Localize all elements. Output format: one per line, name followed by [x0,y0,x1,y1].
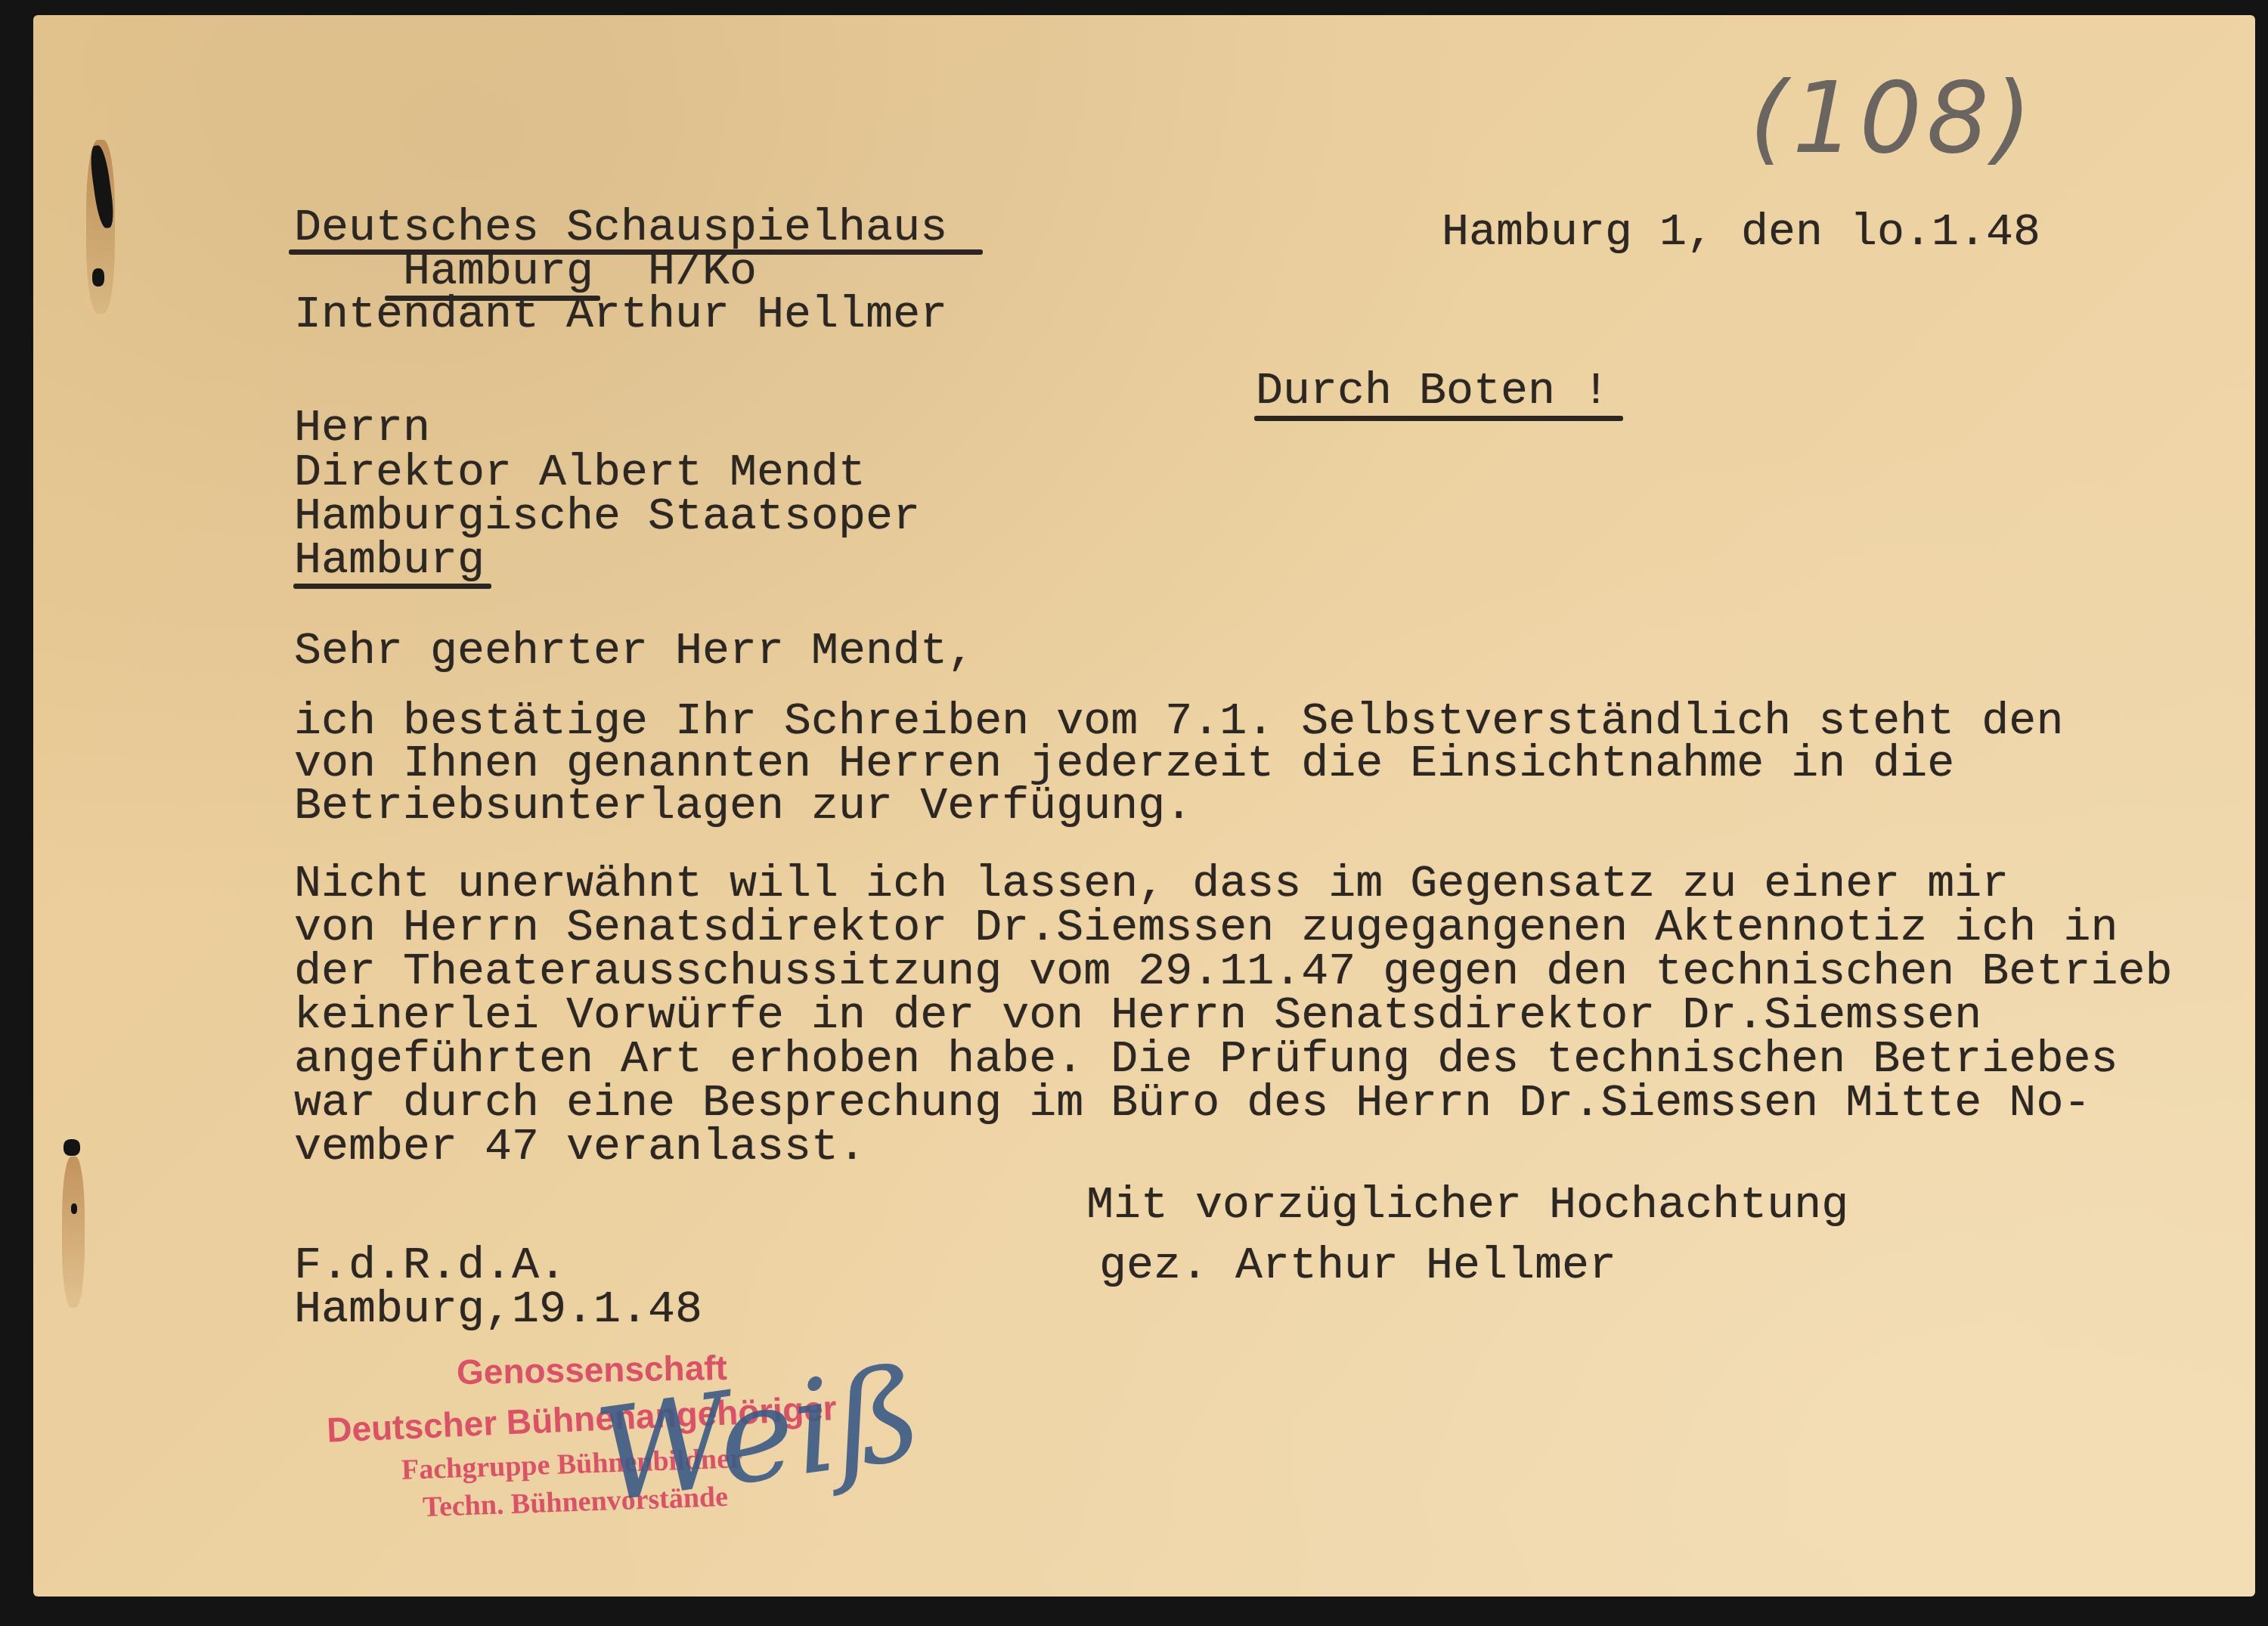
salutation: Sehr geehrter Herr Mendt, [294,629,974,674]
body-paragraph-1-line: von Ihnen genannten Herren jederzeit die… [294,742,1954,787]
sender-intendant: Intendant Arthur Hellmer [294,293,947,338]
body-paragraph-2-line: von Herrn Senatsdirektor Dr.Siemssen zug… [294,906,2118,951]
body-paragraph-2-line: war durch eine Besprechung im Büro des H… [294,1081,2090,1126]
body-paragraph-2-line: vember 47 veranlasst. [294,1125,866,1170]
body-paragraph-1-line: Betriebsunterlagen zur Verfügung. [294,784,1192,829]
letter-sheet: (108) Deutsches Schauspielhaus Hamburg H… [33,15,2255,1597]
punch-hole-top-small [92,268,104,286]
recipient-institution: Hamburgische Staatsoper [294,494,920,540]
sender-name: Deutsches Schauspielhaus [294,206,947,251]
recipient-city: Hamburg [294,538,485,584]
delivery-note-underline [1254,416,1623,421]
body-paragraph-2-line: der Theaterausschussitzung vom 29.11.47 … [294,949,2172,995]
delivery-note: Durch Boten ! [1256,369,1610,414]
copy-certification-date: Hamburg,19.1.48 [294,1287,702,1333]
punch-hole-bottom [64,1139,80,1156]
typed-signature: gez. Arthur Hellmer [1099,1244,1616,1289]
recipient-city-underline [293,584,491,589]
closing: Mit vorzüglicher Hochachtung [1086,1183,1848,1228]
place-date: Hamburg 1, den lo.1.48 [1442,210,2040,256]
copy-certification: F.d.R.d.A. [294,1244,566,1289]
recipient-salutation-line: Herrn [294,406,430,451]
rust-stain-bottom [62,1157,85,1308]
body-paragraph-2-line: Nicht unerwähnt will ich lassen, dass im… [294,862,2009,907]
sender-city-reference: Hamburg H/Ko [403,249,757,295]
body-paragraph-2-line: angeführten Art erhoben habe. Die Prüfun… [294,1037,2118,1082]
archive-number-pencil: (108) [1749,60,2037,175]
body-paragraph-1-line: ich bestätige Ihr Schreiben vom 7.1. Sel… [294,699,2063,745]
recipient-name: Direktor Albert Mendt [294,451,866,496]
body-paragraph-2-line: keinerlei Vorwürfe in der von Herrn Sena… [294,993,1981,1039]
punch-hole-bottom-small [71,1203,77,1214]
